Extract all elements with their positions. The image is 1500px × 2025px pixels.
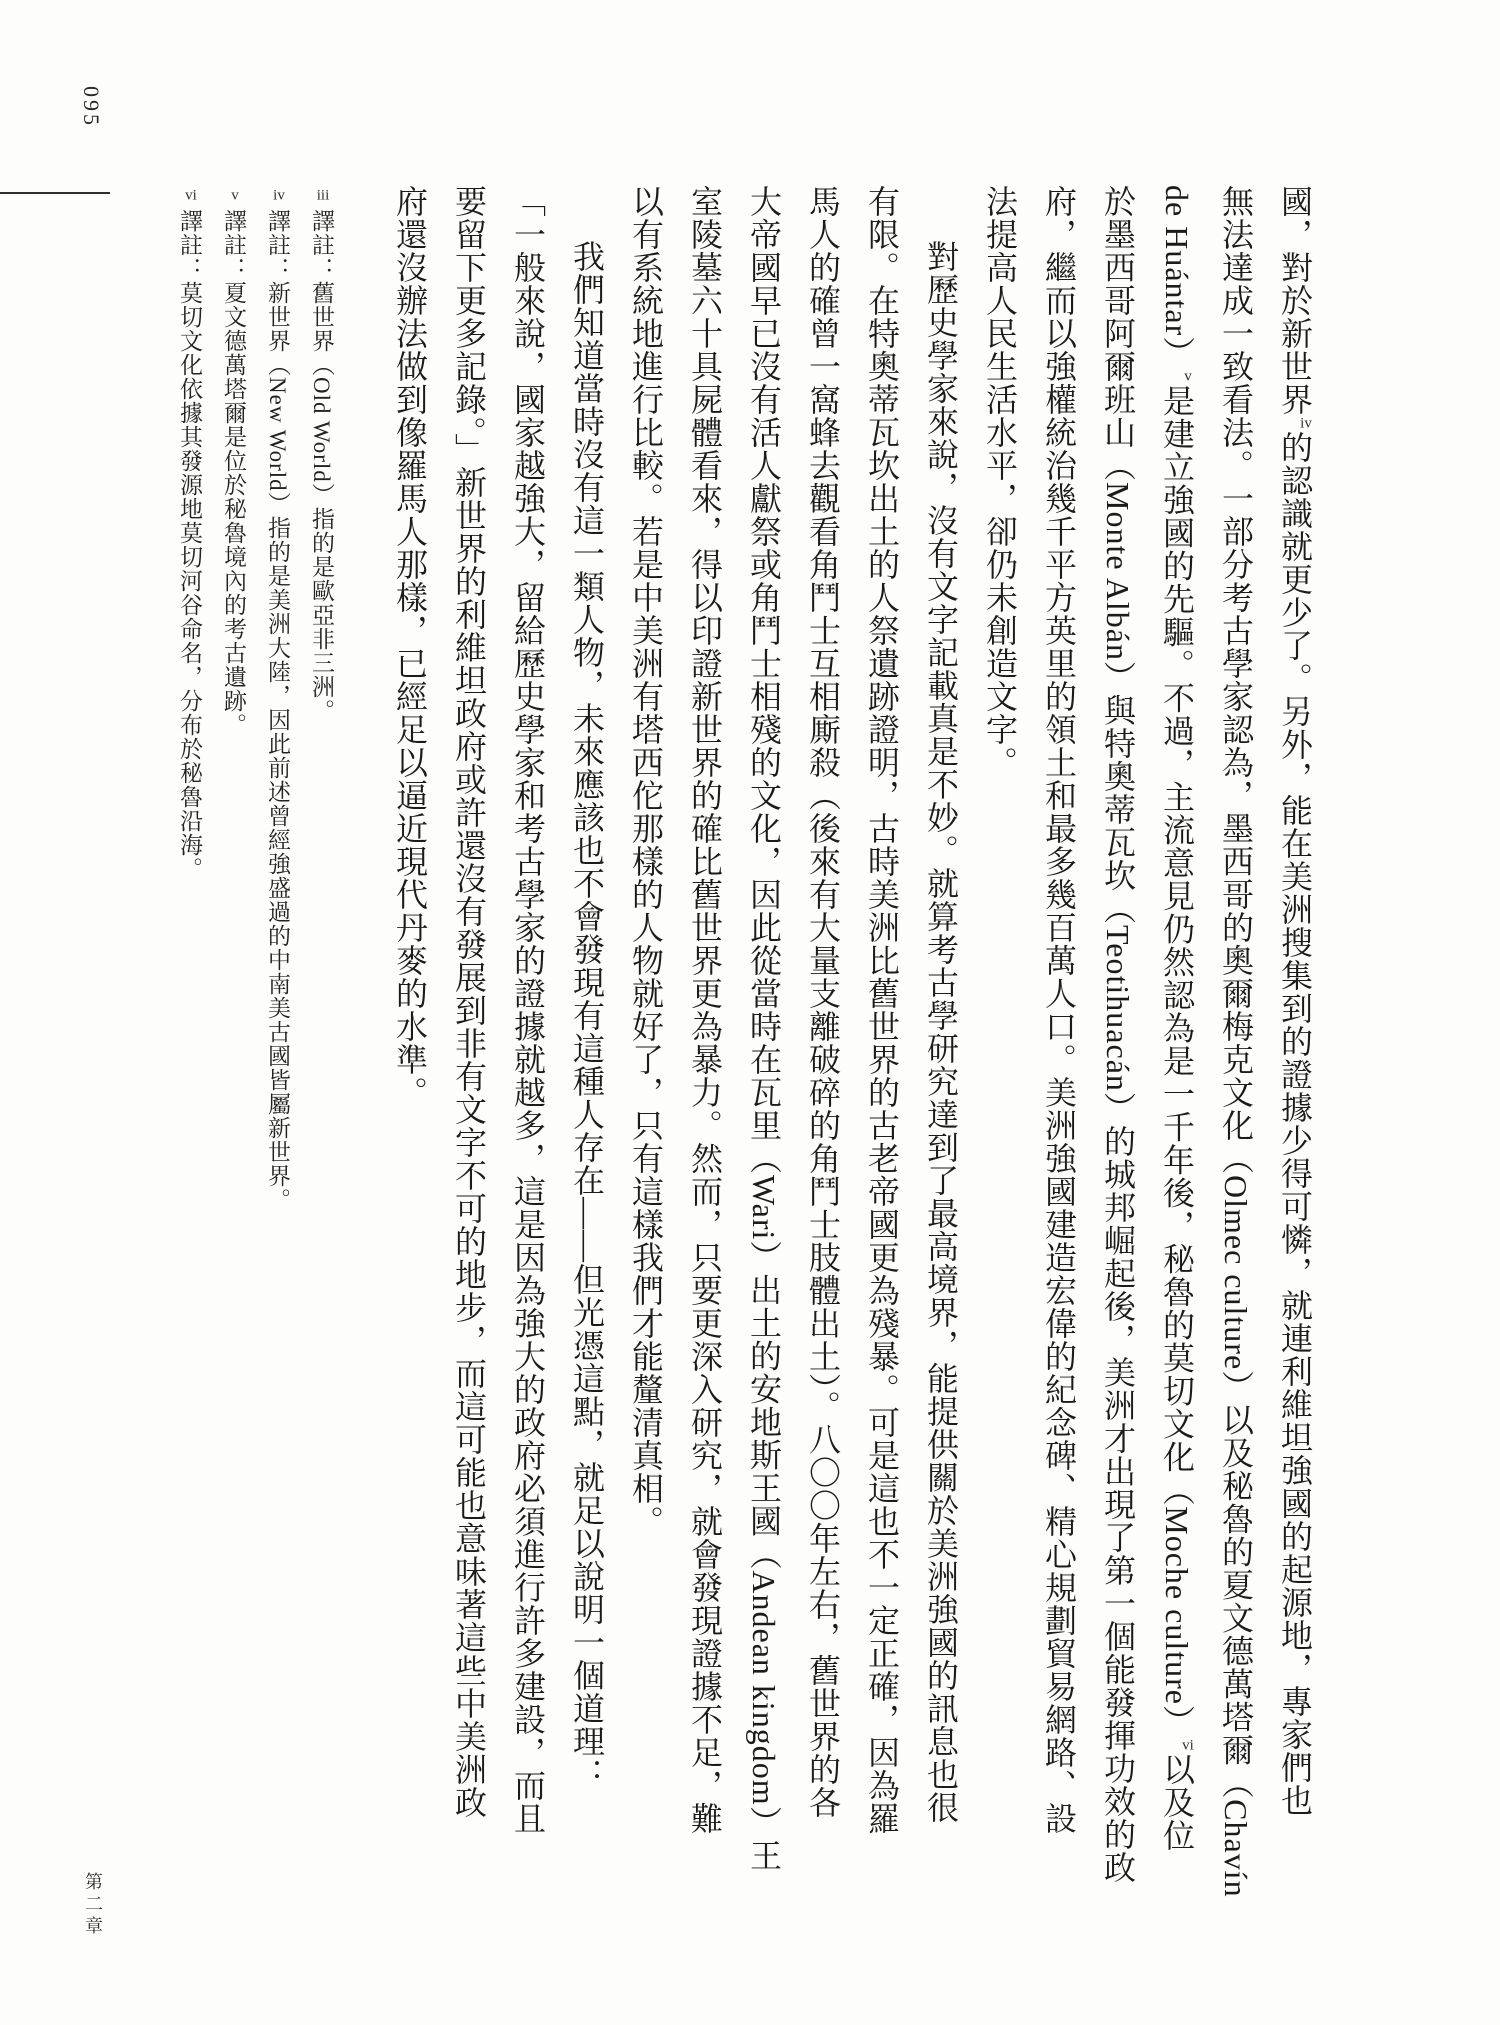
text-run: 馬人的確曾一窩蜂去觀看角鬥士互相廝殺（後來有大量支離破碎的角鬥士肢體出土）。八〇… [805,185,841,1819]
text-column: 室陵墓六十具屍體看來，得以印證新世界的確比舊世界更為暴力。然而，只要更深入研究，… [675,185,734,1853]
footnote-reference: vi [1180,1738,1196,1753]
book-page: { "page": { "number": "095", "chapter_ma… [0,0,1500,2025]
text-run: 無法達成一致看法。一部分考古學家認為，墨西哥的奧爾梅克文化（Olmec cult… [1218,185,1254,1898]
footnote-text: 譯註：莫切文化依據其發源地莫切河谷命名，分布於秘魯沿海。 [177,209,202,881]
text-run: 府，繼而以強權統治幾千平方英里的領土和最多幾百萬人口。美洲強國建造宏偉的紀念碑、… [1041,185,1077,1835]
footnotes-block: iii譯註：舊世界（Old World）指的是歐亞非三洲。iv譯註：新世界（Ne… [163,188,343,1248]
text-run: 府還沒辦法做到像羅馬人那樣，已經足以逼近現代丹麥的水準。 [392,185,428,1109]
text-run: 對歷史學家來說，沒有文字記載真是不妙。就算考古學研究達到了最高境界，能提供關於美… [923,240,959,1824]
text-run: 以有系統地進行比較。若是中美洲有塔西佗那樣的人物就好了，只有這樣我們才能釐清真相… [628,185,664,1538]
text-column: 於墨西哥阿爾班山（Monte Albán）與特奧蒂瓦坎（Teotihuacán）… [1088,185,1147,1853]
text-run: 以及位 [1159,1753,1195,1852]
text-column: 要留下更多記錄。」新世界的利維坦政府或許還沒有發展到非有文字不可的地步，而這可能… [439,185,498,1853]
text-run: 室陵墓六十具屍體看來，得以印證新世界的確比舊世界更為暴力。然而，只要更深入研究，… [687,185,723,1835]
text-run: de Huántar） [1159,185,1195,369]
footnote-reference: v [1180,369,1196,384]
text-column: 對歷史學家來說，沒有文字記載真是不妙。就算考古學研究達到了最高境界，能提供關於美… [911,185,970,1853]
text-run: 法提高人民生活水平，卻仍未創造文字。 [982,185,1018,779]
text-column: 無法達成一致看法。一部分考古學家認為，墨西哥的奧爾梅克文化（Olmec cult… [1206,185,1265,1853]
text-run: 有限。在特奧蒂瓦坎出土的人祭遺跡證明，古時美洲比舊世界的古老帝國更為殘暴。可是這… [864,185,900,1835]
footnote-column: iii譯註：舊世界（Old World）指的是歐亞非三洲。 [299,188,343,1248]
text-column: 有限。在特奧蒂瓦坎出土的人祭遺跡證明，古時美洲比舊世界的古老帝國更為殘暴。可是這… [852,185,911,1853]
text-run: 於墨西哥阿爾班山（Monte Albán）與特奧蒂瓦坎（Teotihuacán）… [1100,185,1136,1884]
footnote-text: 譯註：夏文德萬塔爾是位於秘魯境內的考古遺跡。 [221,209,246,737]
text-run: 的認識就更少了。另外，能在美洲搜集到的證據少得可憐，就連利維坦強國的起源地，專家… [1277,431,1313,1817]
text-run: 是建立強國的先驅。不過，主流意見仍然認為是一千年後，秘魯的莫切文化（Moche … [1159,384,1195,1738]
footnote-label: iii [315,188,331,203]
footnote-label: iv [271,188,287,203]
footnote-column: vi譯註：莫切文化依據其發源地莫切河谷命名，分布於秘魯沿海。 [167,188,211,1248]
footnote-column: iv譯註：新世界（New World）指的是美洲大陸，因此前述曾經強盛過的中南美… [255,188,299,1248]
text-run: 「一般來說，國家越強大，留給歷史學家和考古學家的證據就越多，這是因為強大的政府必… [510,185,546,1835]
footnote-column: v譯註：夏文德萬塔爾是位於秘魯境內的考古遺跡。 [211,188,255,1248]
footnote-reference: iv [1298,416,1314,431]
text-run: 大帝國早已沒有活人獻祭或角鬥士相殘的文化，因此從當時在瓦里（Wari）出土的安地… [746,185,782,1872]
text-column: 以有系統地進行比較。若是中美洲有塔西佗那樣的人物就好了，只有這樣我們才能釐清真相… [616,185,675,1853]
text-run: 我們知道當時沒有這一類人物，未來應該也不會發現有這種人存在——但光憑這點，就足以… [569,240,605,1791]
text-column: 府，繼而以強權統治幾千平方英里的領土和最多幾百萬人口。美洲強國建造宏偉的紀念碑、… [1029,185,1088,1853]
header-rule [0,192,110,194]
text-run: 要留下更多記錄。」新世界的利維坦政府或許還沒有發展到非有文字不可的地步，而這可能… [451,185,487,1819]
text-column: 府還沒辦法做到像羅馬人那樣，已經足以逼近現代丹麥的水準。 [380,185,439,1853]
text-run: 國，對於新世界 [1277,185,1313,416]
text-column: 國，對於新世界iv的認識就更少了。另外，能在美洲搜集到的證據少得可憐，就連利維坦… [1265,185,1324,1853]
text-column: 馬人的確曾一窩蜂去觀看角鬥士互相廝殺（後來有大量支離破碎的角鬥士肢體出土）。八〇… [793,185,852,1853]
main-text-block: 國，對於新世界iv的認識就更少了。另外，能在美洲搜集到的證據少得可憐，就連利維坦… [378,185,1324,1853]
text-column: 「一般來說，國家越強大，留給歷史學家和考古學家的證據就越多，這是因為強大的政府必… [498,185,557,1853]
footnote-text: 譯註：新世界（New World）指的是美洲大陸，因此前述曾經強盛過的中南美古國… [265,209,290,1212]
footnote-label: v [227,188,243,203]
chapter-marker: 第二章 [80,1872,106,1938]
text-column: 我們知道當時沒有這一類人物，未來應該也不會發現有這種人存在——但光憑這點，就足以… [557,185,616,1853]
text-column: 法提高人民生活水平，卻仍未創造文字。 [970,185,1029,1853]
text-column: 大帝國早已沒有活人獻祭或角鬥士相殘的文化，因此從當時在瓦里（Wari）出土的安地… [734,185,793,1853]
footnote-text: 譯註：舊世界（Old World）指的是歐亞非三洲。 [309,209,334,723]
page-number: 095 [78,86,104,128]
footnote-label: vi [183,188,199,203]
text-column: de Huántar）v是建立強國的先驅。不過，主流意見仍然認為是一千年後，秘魯… [1147,185,1206,1853]
